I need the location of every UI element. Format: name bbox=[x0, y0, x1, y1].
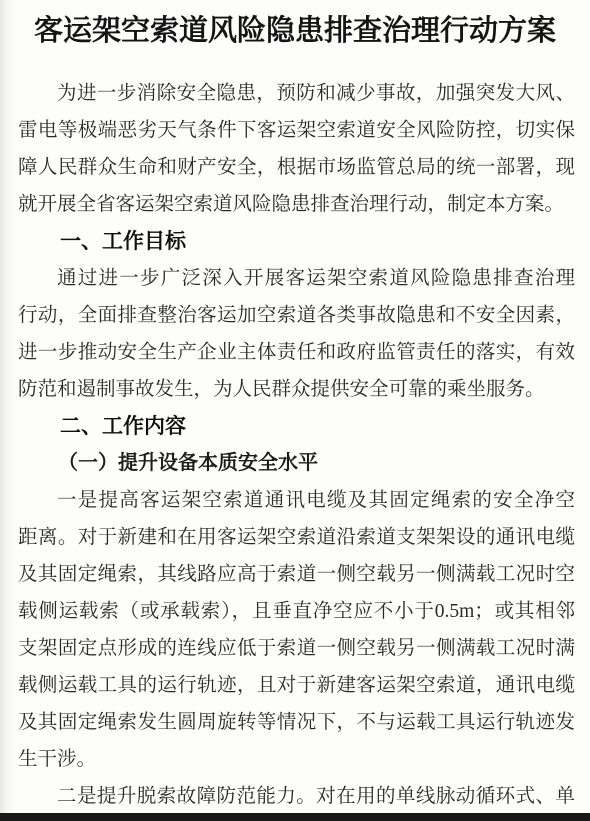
text-line: 及其固定绳索发生圆周旋转等情况下，不与运载工具运行轨迹发 bbox=[18, 704, 575, 741]
text-line: 为进一步消除安全隐患，预防和减少事故，加强突发大风、 bbox=[18, 75, 575, 112]
scanned-document-page: 客运架空索道风险隐患排查治理行动方案 为进一步消除安全隐患，预防和减少事故，加强… bbox=[0, 0, 590, 821]
scan-bottom-edge-bar bbox=[0, 813, 590, 821]
heading-text: 一、工作目标 bbox=[18, 223, 575, 260]
heading-text: （一）提升设备本质安全水平 bbox=[18, 445, 575, 482]
text-line: 支架固定点形成的连线应低于索道一侧空载另一侧满载工况时满 bbox=[18, 630, 575, 667]
paragraph: 二是提升脱索故障防范能力。对在用的单线脉动循环式、单 bbox=[18, 778, 575, 815]
text-line: 载侧运载工具的运行轨迹，且对于新建客运架空索道，通讯电缆 bbox=[18, 667, 575, 704]
paragraph: 为进一步消除安全隐患，预防和减少事故，加强突发大风、雷电等极端恶劣天气条件下客运… bbox=[18, 75, 575, 223]
section-heading: （一）提升设备本质安全水平 bbox=[18, 445, 575, 482]
text-line: 进一步推动安全生产企业主体责任和政府监管责任的落实，有效 bbox=[18, 334, 575, 371]
text-line: 及其固定绳索，其线路应高于索道一侧空载另一侧满载工况时空 bbox=[18, 556, 575, 593]
text-line: 就开展全省客运架空索道风险隐患排查治理行动，制定本方案。 bbox=[18, 186, 575, 223]
text-line: 障人民群众生命和财产安全，根据市场监管总局的统一部署，现 bbox=[18, 149, 575, 186]
heading-text: 二、工作内容 bbox=[18, 408, 575, 445]
section-heading: 二、工作内容 bbox=[18, 408, 575, 445]
text-line: 防范和遏制事故发生，为人民群众提供安全可靠的乘坐服务。 bbox=[18, 371, 575, 408]
document-body: 为进一步消除安全隐患，预防和减少事故，加强突发大风、雷电等极端恶劣天气条件下客运… bbox=[18, 75, 575, 815]
text-line: 雷电等极端恶劣天气条件下客运架空索道安全风险防控，切实保 bbox=[18, 112, 575, 149]
paragraph: 通过进一步广泛深入开展客运架空索道风险隐患排查治理行动，全面排查整治客运加空索道… bbox=[18, 260, 575, 408]
section-heading: 一、工作目标 bbox=[18, 223, 575, 260]
text-line: 行动，全面排查整治客运加空索道各类事故隐患和不安全因素， bbox=[18, 297, 575, 334]
document-title: 客运架空索道风险隐患排查治理行动方案 bbox=[20, 10, 570, 52]
paragraph: 一是提高客运架空索道通讯电缆及其固定绳索的安全净空距离。对于新建和在用客运架空索… bbox=[18, 482, 575, 778]
text-line: 通过进一步广泛深入开展客运架空索道风险隐患排查治理 bbox=[18, 260, 575, 297]
text-line: 一是提高客运架空索道通讯电缆及其固定绳索的安全净空 bbox=[18, 482, 575, 519]
text-line: 生干涉。 bbox=[18, 741, 575, 778]
text-line: 二是提升脱索故障防范能力。对在用的单线脉动循环式、单 bbox=[18, 778, 575, 815]
text-line: 距离。对于新建和在用客运架空索道沿索道支架架设的通讯电缆 bbox=[18, 519, 575, 556]
text-line: 载侧运载索（或承载索），且垂直净空应不小于0.5m；或其相邻 bbox=[18, 593, 575, 630]
